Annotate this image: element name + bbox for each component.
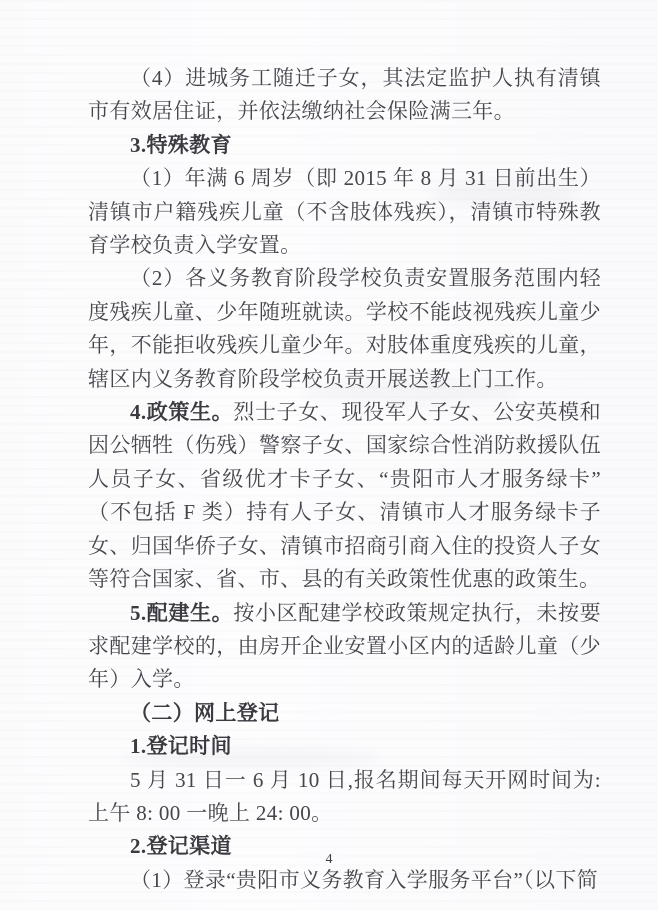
paragraph-registration-channel: （1）登录“贵阳市义务教育入学服务平台”（以下简 (88, 864, 601, 897)
heading-registration-time: 1.登记时间 (88, 730, 601, 763)
heading-special-education: 3.特殊教育 (88, 129, 601, 162)
paragraph-registration-time: 5 月 31 日一 6 月 10 日,报名期间每天开网时间为: 上午 8: 00… (88, 764, 601, 831)
paragraph-lead-policy-students: 4.政策生。 (130, 400, 233, 424)
heading-online-registration: （二）网上登记 (88, 697, 601, 730)
document-page: （4）进城务工随迁子女，其法定监护人执有清镇市有效居住证，并依法缴纳社会保险满三… (88, 62, 601, 897)
paragraph-body-policy-students: 烈士子女、现役军人子女、公安英模和因公牺牲（伤残）警察子女、国家综合性消防救援队… (88, 400, 601, 591)
paragraph-allocated-students: 5.配建生。按小区配建学校政策规定执行，未按要求配建学校的，由房开企业安置小区内… (88, 597, 601, 697)
paragraph-special-education-1: （1）年满 6 周岁（即 2015 年 8 月 31 日前出生）清镇市户籍残疾儿… (88, 162, 601, 262)
page-number: 4 (0, 852, 658, 868)
paragraph-policy-students: 4.政策生。烈士子女、现役军人子女、公安英模和因公牺牲（伤残）警察子女、国家综合… (88, 396, 601, 596)
paragraph-migrant-children: （4）进城务工随迁子女，其法定监护人执有清镇市有效居住证，并依法缴纳社会保险满三… (88, 62, 601, 129)
paragraph-special-education-2: （2）各义务教育阶段学校负责安置服务范围内轻度残疾儿童、少年随班就读。学校不能歧… (88, 262, 601, 396)
paragraph-lead-allocated-students: 5.配建生。 (130, 601, 233, 625)
